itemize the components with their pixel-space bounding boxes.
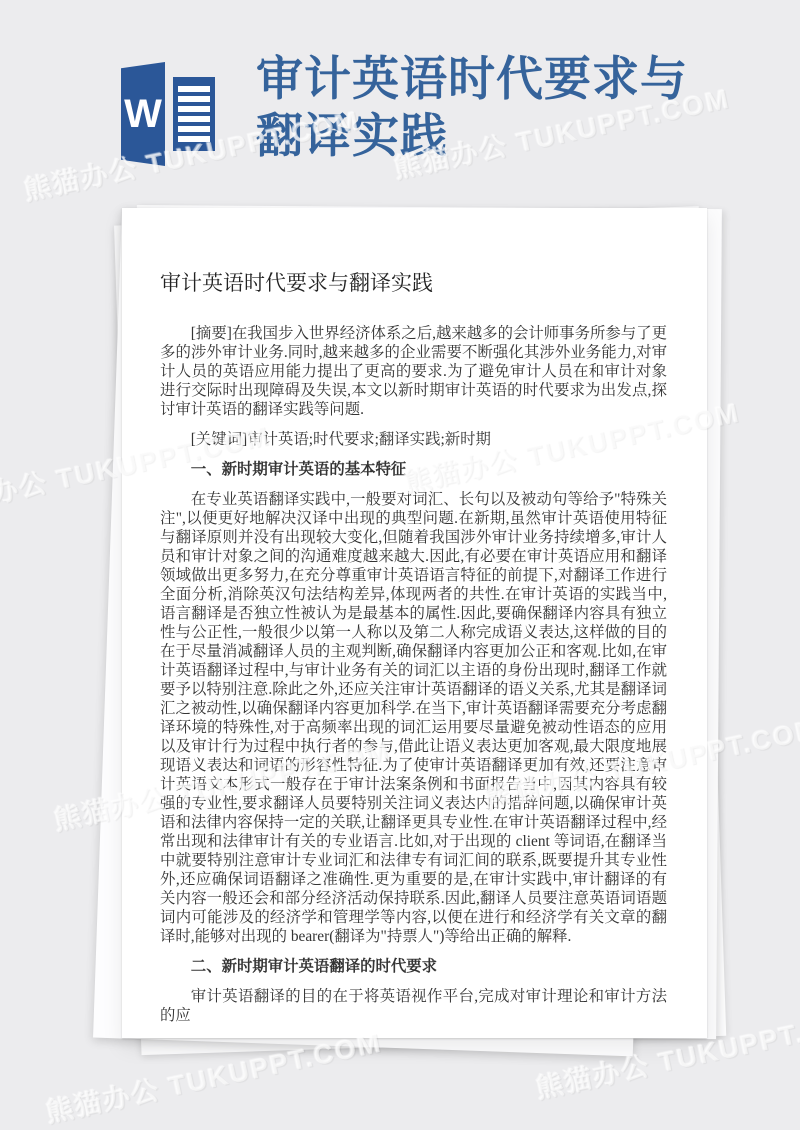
doc-page-content: 审计英语时代要求与翻译实践[摘要]在我国步入世界经济体系之后,越来越多的会计师事… [122,208,707,1038]
document-preview-screen: W 审计英语时代要求与翻译实践 审计英语时代要求与翻译实践[摘要]在我国步入世界… [0,0,800,1130]
doc-paragraph-heading: 一、新时期审计英语的基本特征 [160,460,667,479]
word-icon-page-lines [173,77,215,151]
word-document-icon: W [121,62,215,166]
document-title-link[interactable]: 审计英语时代要求与翻译实践 [256,52,734,166]
document-page: 审计英语时代要求与翻译实践[摘要]在我国步入世界经济体系之后,越来越多的会计师事… [122,208,707,1038]
word-icon-flap: W [121,62,165,166]
doc-paragraph-body: [关键词]审计英语;时代要求;翻译实践;新时期 [160,430,667,449]
header: W 审计英语时代要求与翻译实践 [0,0,800,200]
word-icon-letter: W [124,94,162,134]
doc-paragraph-body: 在专业英语翻译实践中,一般要对词汇、长句以及被动句等给予"特殊关注",以便更好地… [160,490,667,946]
doc-paragraph-body: [摘要]在我国步入世界经济体系之后,越来越多的会计师事务所参与了更多的涉外审计业… [160,324,667,419]
doc-paragraph-heading: 二、新时期审计英语翻译的时代要求 [160,957,667,976]
doc-paragraph-title: 审计英语时代要求与翻译实践 [160,270,667,296]
doc-paragraph-body: 审计英语翻译的目的在于将英语视作平台,完成对审计理论和审计方法的应 [160,987,667,1025]
